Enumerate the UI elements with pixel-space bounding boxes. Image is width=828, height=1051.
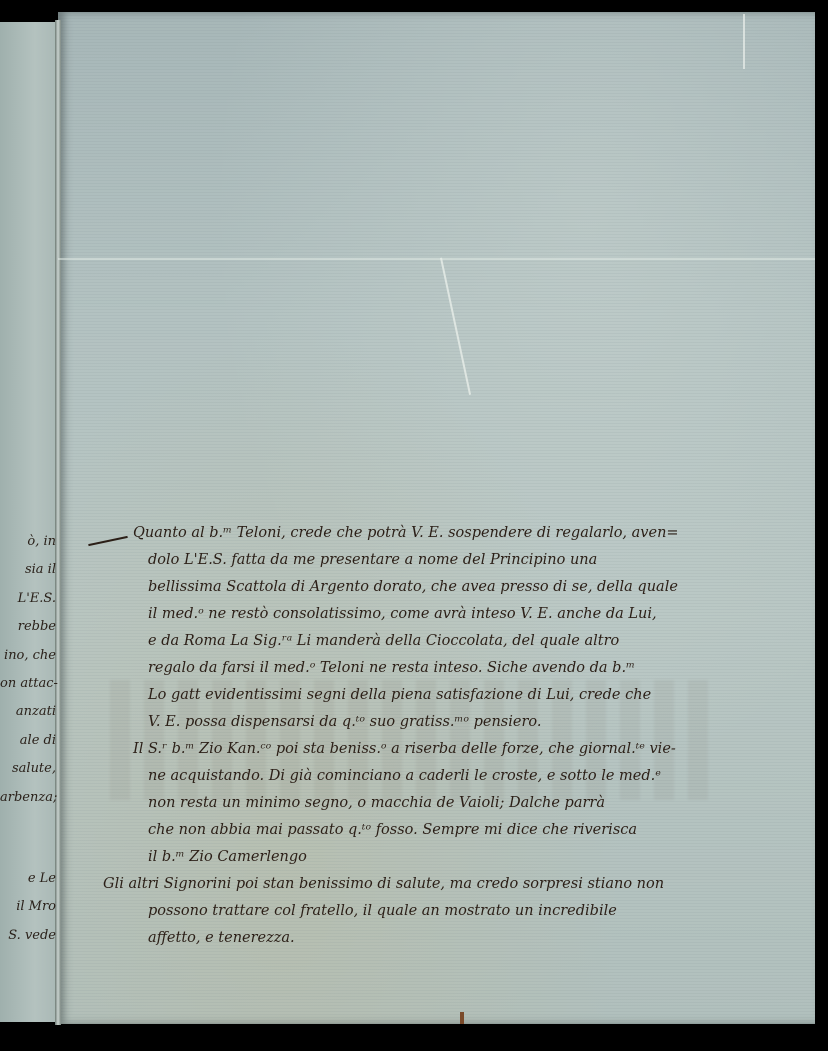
horizontal-fold-line [58,258,815,260]
text-line: Gli altri Signorini poi stan benissimo d… [103,871,823,898]
text-line: e da Roma La Sig.ʳᵃ Li manderà della Cio… [103,628,823,655]
left-fragment-line: sia il [0,556,58,584]
text-line: che non abbia mai passato q.ᵗᵒ fosso. Se… [103,817,823,844]
text-line: il med.ᵒ ne restò consolatissimo, come a… [103,601,823,628]
text-line: il b.ᵐ Zio Camerlengo [103,844,823,871]
text-line: bellissima Scattola di Argento dorato, c… [103,574,823,601]
left-fragment-line: ò, in [0,528,58,556]
text-line: Lo gatt evidentissimi segni della piena … [103,682,823,709]
text-line: dolo L'E.S. fatta da me presentare a nom… [103,547,823,574]
left-fragment-line: il Mro [0,893,58,921]
ink-stain [460,1012,464,1024]
left-fragment-line: rebbe [0,613,58,641]
left-fragment-line: on attac- [0,670,58,698]
left-fragment-line: ino, che [0,642,58,670]
left-fragment-line: salute, [0,755,58,783]
text-line: regalo da farsi il med.ᵒ Teloni ne resta… [103,655,823,682]
left-page-text-lower: e Le il Mro S. vede [0,865,58,950]
left-fragment-line: anzati [0,698,58,726]
text-line: possono trattare col fratello, il quale … [103,898,823,925]
text-line: non resta un minimo segno, o macchia de … [103,790,823,817]
paper-crease-top [743,14,745,69]
text-line: ne acquistando. Di già cominciano a cade… [103,763,823,790]
text-line: Il S.ʳ b.ᵐ Zio Kan.ᶜᵒ poi sta beniss.ᵒ a… [103,736,823,763]
left-fragment-line: e Le [0,865,58,893]
text-line: affetto, e tenerezza. [103,925,823,952]
left-fragment-line: ale di [0,727,58,755]
left-fragment-line: S. vede [0,922,58,950]
left-fragment-line: arbenza; [0,784,58,812]
left-fragment-line: L'E.S. [0,585,58,613]
letter-body: Quanto al b.ᵐ Teloni, crede che potrà V.… [103,520,823,952]
text-line: V. E. possa dispensarsi da q.ᵗᵒ suo grat… [103,709,823,736]
left-page-text: ò, in sia il L'E.S. rebbe ino, che on at… [0,528,58,812]
text-line: Quanto al b.ᵐ Teloni, crede che potrà V.… [103,520,823,547]
